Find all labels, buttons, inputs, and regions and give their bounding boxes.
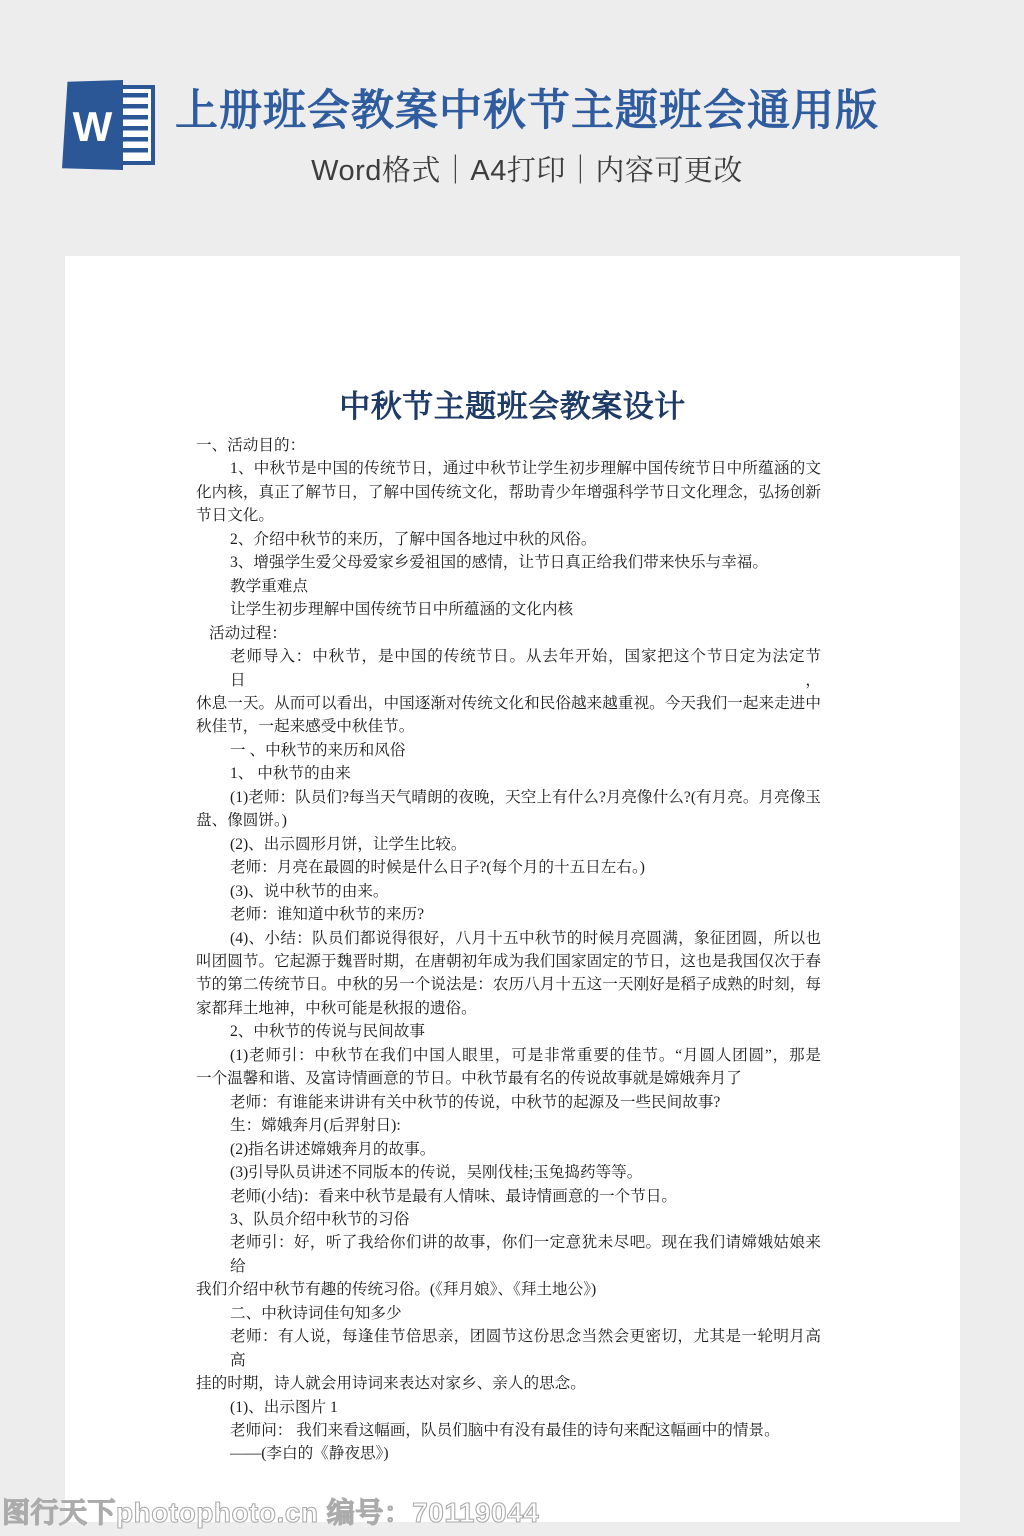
doc-line: 节的第二传统节日。中秋的另一个说法是：农历八月十五这一天刚好是稻子成熟的时刻，每 [196, 973, 821, 996]
document-page: 中秋节主题班会教案设计 一、活动目的：1、中秋节是中国的传统节日，通过中秋节让学… [65, 256, 960, 1522]
header-title: 上册班会教案中秋节主题班会通用版 [30, 88, 1024, 135]
doc-line: 老师：有谁能来讲讲有关中秋节的传说，中秋节的起源及一些民间故事? [196, 1091, 821, 1114]
doc-line: 节日文化。 [196, 504, 821, 527]
doc-line: 活动过程： [196, 622, 821, 645]
doc-line: 家都拜土地神，中秋可能是秋报的遗俗。 [196, 997, 821, 1020]
doc-line: 老师(小结)：看来中秋节是最有人情味、最诗情画意的一个节日。 [196, 1185, 821, 1208]
doc-line: 一、活动目的： [196, 434, 821, 457]
watermark: 图行天下photophoto.cn 编号：70119044 [2, 1491, 539, 1531]
doc-line: (2)指名讲述嫦娥奔月的故事。 [196, 1138, 821, 1161]
doc-line: (4)、小结：队员们都说得很好，八月十五中秋节的时候月亮圆满，象征团圆，所以也 [196, 927, 821, 950]
doc-line: (1)老师引：中秋节在我们中国人眼里，可是非常重要的佳节。“月圆人团圆”，那是 [196, 1044, 821, 1067]
doc-line: 教学重难点 [196, 575, 821, 598]
doc-line: 叫团圆节。它起源于魏晋时期，在唐朝初年成为我们国家固定的节日，这也是我国仅次于春 [196, 950, 821, 973]
doc-line: 老师：有人说，每逢佳节倍思亲，团圆节这份思念当然会更密切，尤其是一轮明月高高 [196, 1325, 821, 1372]
doc-line: (1)、出示图片 1 [196, 1396, 821, 1419]
doc-line: 盘、像圆饼。) [196, 809, 821, 832]
doc-line: 我们介绍中秋节有趣的传统习俗。(《拜月娘》、《拜土地公》) [196, 1278, 821, 1301]
doc-line: 老师问： 我们来看这幅画，队员们脑中有没有最佳的诗句来配这幅画中的情景。 [196, 1419, 821, 1442]
doc-line: 化内核，真正了解节日，了解中国传统文化，帮助青少年增强科学节日文化理念，弘扬创新 [196, 481, 821, 504]
doc-line: ——(李白的《静夜思》) [196, 1442, 821, 1465]
doc-line: (3)、说中秋节的由来。 [196, 880, 821, 903]
doc-line: 老师引：好，听了我给你们讲的故事，你们一定意犹未尽吧。现在我们请嫦娥姑娘来给 [196, 1231, 821, 1278]
doc-line: 老师导入：中秋节，是中国的传统节日。从去年开始，国家把这个节日定为法定节日， [196, 645, 821, 692]
doc-line: 3、队员介绍中秋节的习俗 [196, 1208, 821, 1231]
doc-line: 让学生初步理解中国传统节日中所蕴涵的文化内核 [196, 598, 821, 621]
header-subtitle: Word格式｜A4打印｜内容可更改 [30, 148, 1024, 189]
doc-line: 一个温馨和谐、及富诗情画意的节日。中秋节最有名的传说故事就是嫦娥奔月了 [196, 1067, 821, 1090]
doc-line: 挂的时期，诗人就会用诗词来表达对家乡、亲人的思念。 [196, 1372, 821, 1395]
document-title: 中秋节主题班会教案设计 [65, 381, 960, 426]
doc-line: 老师：谁知道中秋节的来历? [196, 903, 821, 926]
doc-line: 休息一天。从而可以看出，中国逐渐对传统文化和民俗越来越重视。今天我们一起来走进中 [196, 692, 821, 715]
doc-line: 秋佳节，一起来感受中秋佳节。 [196, 715, 821, 738]
doc-line: 老师：月亮在最圆的时候是什么日子?(每个月的十五日左右。) [196, 856, 821, 879]
doc-line: 2、中秋节的传说与民间故事 [196, 1020, 821, 1043]
doc-line: 1、中秋节是中国的传统节日，通过中秋节让学生初步理解中国传统节日中所蕴涵的文 [196, 457, 821, 480]
doc-line: 生：嫦娥奔月(后羿射日): [196, 1114, 821, 1137]
doc-line: 二、中秋诗词佳句知多少 [196, 1302, 821, 1325]
doc-body: 一、活动目的：1、中秋节是中国的传统节日，通过中秋节让学生初步理解中国传统节日中… [196, 434, 821, 1466]
doc-line: 3、增强学生爱父母爱家乡爱祖国的感情，让节日真正给我们带来快乐与幸福。 [196, 551, 821, 574]
doc-line: (2)、出示圆形月饼，让学生比较。 [196, 833, 821, 856]
doc-line: 1、 中秋节的由来 [196, 762, 821, 785]
doc-line: 一 、中秋节的来历和风俗 [196, 739, 821, 762]
doc-line: (1)老师：队员们?每当天气晴朗的夜晚，天空上有什么?月亮像什么?(有月亮。月亮… [196, 786, 821, 809]
doc-line: 2、介绍中秋节的来历，了解中国各地过中秋的风俗。 [196, 528, 821, 551]
header: 上册班会教案中秋节主题班会通用版 Word格式｜A4打印｜内容可更改 [0, 88, 1024, 189]
doc-line: (3)引导队员讲述不同版本的传说，吴刚伐桂;玉兔捣药等等。 [196, 1161, 821, 1184]
